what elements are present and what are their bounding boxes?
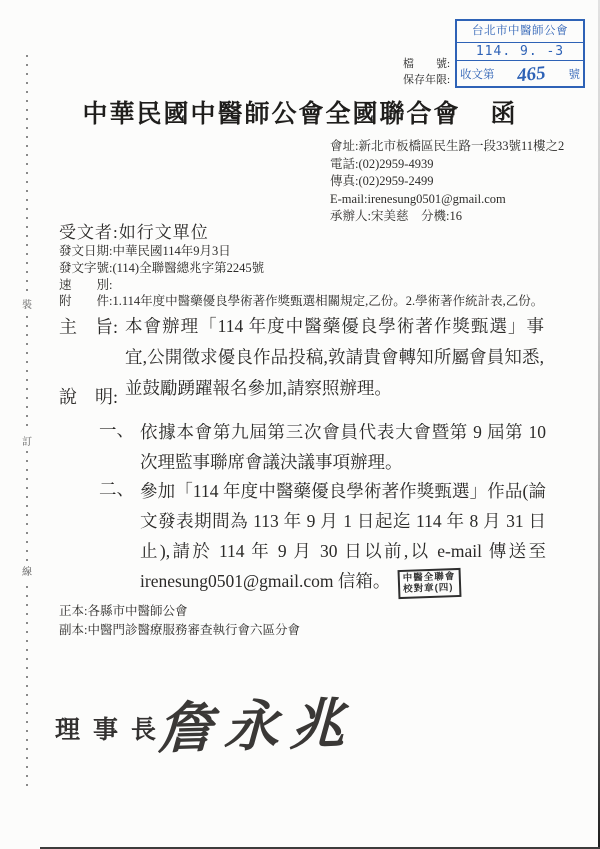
item-2-text: 參加「114 年度中醫藥優良學術著作獎甄選」作品(論文發表期間為 113 年 9… bbox=[140, 481, 546, 591]
receipt-number-handwritten: 465 bbox=[516, 62, 547, 87]
scanned-official-letter: 裝 訂 線 檔 號: 保存年限: 台北市中醫師公會 114. 9. -3 收文第… bbox=[0, 0, 600, 849]
document-type: 函 bbox=[491, 101, 518, 128]
check-stamp-line2: 校對章(四) bbox=[403, 582, 456, 594]
original-copy-line: 正本:各縣市中醫師公會 bbox=[59, 602, 300, 621]
recipient-line: 受文者:如行文單位 bbox=[59, 218, 209, 243]
retention-label: 保存年限: bbox=[403, 72, 450, 88]
receipt-stamp-number-row: 收文第 465 號 bbox=[457, 60, 583, 86]
contact-block: 會址:新北市板橋區民生路一段33號11樓之2 電話:(02)2959-4939 … bbox=[330, 138, 564, 226]
binding-mark-zhuang: 裝 bbox=[19, 294, 35, 313]
issue-date-line: 發文日期:中華民國114年9月3日 bbox=[59, 243, 543, 260]
carbon-copy-line: 副本:中醫門診醫療服務審查執行會六區分會 bbox=[59, 621, 300, 640]
receipt-number-prefix: 收文第 bbox=[460, 66, 495, 82]
receipt-number-suffix: 號 bbox=[569, 66, 581, 82]
document-title: 中華民國中醫師公會全國聯合會函 bbox=[0, 94, 600, 130]
contact-address: 會址:新北市板橋區民生路一段33號11樓之2 bbox=[330, 138, 564, 156]
contact-phone: 電話:(02)2959-4939 bbox=[330, 156, 564, 174]
recipient-label: 受文者: bbox=[59, 223, 119, 242]
item-1-number: 一、 bbox=[99, 417, 134, 442]
doc-number-line: 發文字號:(114)全聯醫總兆字第2245號 bbox=[59, 260, 543, 277]
binding-dotted-line bbox=[26, 55, 28, 793]
contact-person: 承辦人:宋美慈 分機:16 bbox=[330, 208, 564, 226]
binding-mark-ding: 訂 bbox=[19, 431, 35, 450]
receipt-stamp-org: 台北市中醫師公會 bbox=[457, 21, 583, 42]
archive-labels: 檔 號: 保存年限: bbox=[403, 56, 450, 88]
subject-text: 本會辦理「114 年度中醫藥優良學術著作獎甄選」事宜,公開徵求優良作品投稿,敦請… bbox=[125, 311, 544, 404]
check-stamp: 中醫全聯會校對章(四) bbox=[398, 567, 461, 598]
receipt-stamp: 台北市中醫師公會 114. 9. -3 收文第 465 號 bbox=[455, 19, 585, 88]
contact-fax: 傳真:(02)2959-2499 bbox=[330, 173, 564, 191]
item-2-paragraph: 參加「114 年度中醫藥優良學術著作獎甄選」作品(論文發表期間為 113 年 9… bbox=[140, 476, 546, 598]
file-number-label: 檔 號: bbox=[403, 56, 450, 72]
attachment-line: 附 件:1.114年度中醫藥優良學術著作獎甄選相關規定,乙份。2.學術著作統計表… bbox=[59, 293, 543, 310]
priority-line: 速 別: bbox=[59, 277, 543, 294]
signer-title: 理事長 bbox=[55, 710, 169, 746]
item-1-text: 依據本會第九屆第三次會員代表大會暨第 9 屆第 10 次理監事聯席會議決議事項辦… bbox=[140, 417, 546, 477]
explanation-label: 說 明: bbox=[59, 383, 118, 409]
binding-mark-xian: 線 bbox=[19, 561, 35, 580]
meta-block: 發文日期:中華民國114年9月3日 發文字號:(114)全聯醫總兆字第2245號… bbox=[59, 243, 543, 310]
item-2-number: 二、 bbox=[99, 476, 134, 501]
chairman-signature: 詹永兆 bbox=[157, 679, 357, 763]
copies-block: 正本:各縣市中醫師公會 副本:中醫門診醫療服務審查執行會六區分會 bbox=[59, 602, 300, 640]
receipt-stamp-date: 114. 9. -3 bbox=[457, 42, 583, 60]
recipient-value: 如行文單位 bbox=[119, 223, 209, 242]
subject-label: 主 旨: bbox=[59, 313, 118, 339]
issuing-org-name: 中華民國中醫師公會全國聯合會 bbox=[82, 101, 460, 128]
contact-email: E-mail:irenesung0501@gmail.com bbox=[330, 191, 564, 209]
